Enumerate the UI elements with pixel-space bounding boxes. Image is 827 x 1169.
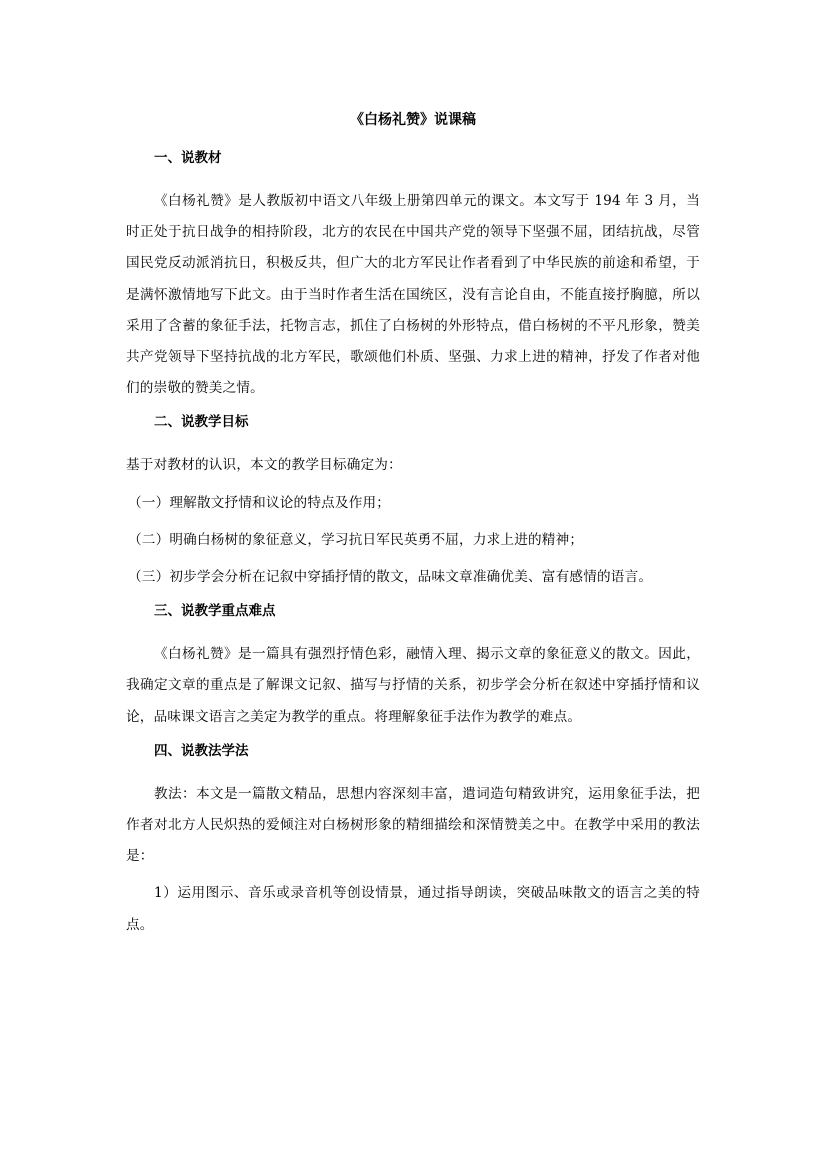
document-page: 《白杨礼赞》说课稿 一、说教材 《白杨礼赞》是人教版初中语文八年级上册第四单元的… [126,110,700,947]
section-heading-teaching-goals: 二、说教学目标 [154,412,700,432]
paragraph-teaching-material: 《白杨礼赞》是人教版初中语文八年级上册第四单元的课文。本文写于 194 年 3 … [126,186,700,404]
method-item-1: 1）运用图示、音乐或录音机等创设情景，通过指导朗读，突破品味散文的语言之美的特点… [126,878,700,940]
section-heading-teaching-methods: 四、说教法学法 [154,741,700,761]
paragraph-teaching-methods: 教法：本文是一篇散文精品，思想内容深刻丰富，遣词造句精致讲究，运用象征手法，把作… [126,779,700,873]
goal-item-1: （一）理解散文抒情和议论的特点及作用； [128,488,700,519]
goal-item-3: （三）初步学会分析在记叙中穿插抒情的散文，品味文章准确优美、富有感情的语言。 [128,562,700,593]
section-heading-key-points: 三、说教学重点难点 [154,601,700,621]
goal-item-2: （二）明确白杨树的象征意义，学习抗日军民英勇不屈，力求上进的精神； [128,525,700,556]
paragraph-key-points: 《白杨礼赞》是一篇具有强烈抒情色彩，融情入理、揭示文章的象征意义的散文。因此，我… [126,639,700,733]
document-title: 《白杨礼赞》说课稿 [126,110,700,130]
goals-intro: 基于对教材的认识，本文的教学目标确定为： [126,450,700,481]
section-heading-teaching-material: 一、说教材 [154,148,700,168]
